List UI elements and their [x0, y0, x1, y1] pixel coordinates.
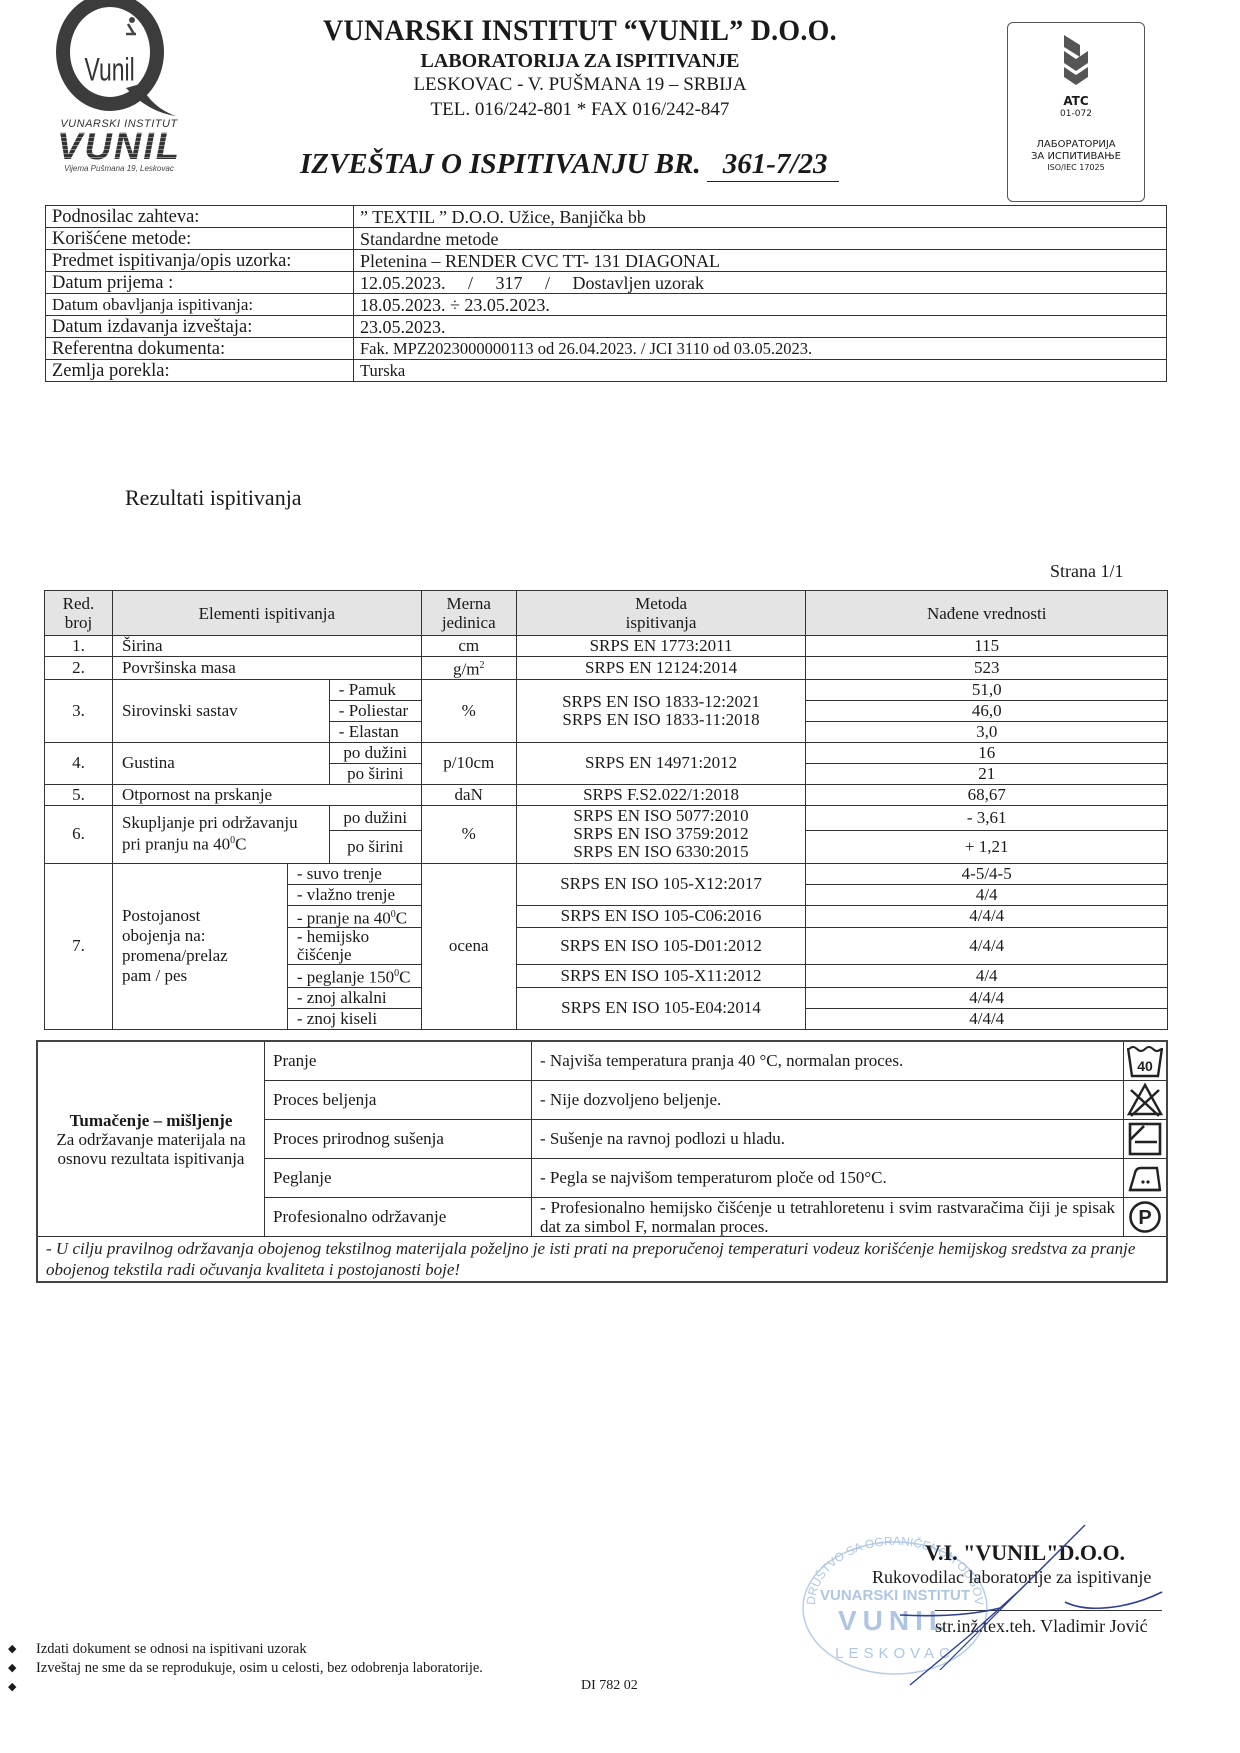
info-label: Referentna dokumenta: [46, 338, 354, 360]
company-name: VUNARSKI INSTITUT “VUNIL” D.O.O. [301, 14, 859, 48]
info-label: Korišćene metode: [46, 228, 354, 250]
info-row: Predmet ispitivanja/opis uzorka:Pletenin… [46, 250, 1167, 272]
vunil-q-logo: Vunil [48, 0, 183, 120]
row-element: Gustina [112, 742, 329, 784]
report-title: IZVEŠTAJ O ISPITIVANJU BR.361-7/23 [300, 148, 839, 182]
row-subelement: - pranje na 400C [287, 905, 421, 928]
row-value: 115 [806, 636, 1168, 657]
info-row: Referentna dokumenta:Fak. MPZ20230000001… [46, 338, 1167, 360]
care-description: - Profesionalno hemijsko čišćenje u tetr… [532, 1198, 1124, 1237]
row-method: SRPS F.S2.022/1:2018 [516, 784, 806, 805]
row-subelement: - peglanje 1500C [287, 965, 421, 988]
row-method: SRPS EN ISO 1833-12:2021SRPS EN ISO 1833… [516, 679, 806, 742]
row-method: SRPS EN ISO 105-D01:2012 [516, 928, 806, 965]
info-label: Datum prijema : [46, 272, 354, 294]
row-subelement: po širini [329, 830, 421, 863]
col-header-elements: Elementi ispitivanja [112, 591, 421, 636]
table-row: 7. Postojanostobojenja na:promena/prelaz… [45, 863, 1168, 884]
info-value: Pletenina – RENDER CVC TT- 131 DIAGONAL [354, 250, 1167, 272]
sample-info-table: Podnosilac zahteva:” TEXTIL ” D.O.O. Uži… [45, 205, 1167, 382]
row-subelement: - vlažno trenje [287, 884, 421, 905]
info-row: Zemlja porekla:Turska [46, 360, 1167, 382]
row-value: 4-5/4-5 [806, 863, 1168, 884]
row-value: - 3,61 [806, 805, 1168, 830]
info-label: Zemlja porekla: [46, 360, 354, 382]
row-element: Sirovinski sastav [112, 679, 329, 742]
results-heading: Rezultati ispitivanja [125, 485, 302, 511]
info-value: Standardne metode [354, 228, 1167, 250]
table-row: 3. Sirovinski sastav - Pamuk % SRPS EN I… [45, 679, 1168, 700]
row-subelement: po dužini [329, 805, 421, 830]
row-no: 3. [45, 679, 113, 742]
row-value: 4/4/4 [806, 905, 1168, 928]
row-subelement: - znoj kiseli [287, 1008, 421, 1029]
info-label: Podnosilac zahteva: [46, 206, 354, 228]
accreditation-badge: ATC 01-072 ЛАБОРАТОРИЈА ЗА ИСПИТИВАЊЕ IS… [1007, 22, 1145, 202]
col-header-no: Red.broj [45, 591, 113, 636]
col-header-method: Metodaispitivanja [516, 591, 806, 636]
row-no: 7. [45, 863, 113, 1029]
row-subelement: - Pamuk [329, 679, 421, 700]
row-method: SRPS EN 12124:2014 [516, 657, 806, 680]
row-unit: p/10cm [421, 742, 516, 784]
row-method: SRPS EN ISO 105-X12:2017 [516, 863, 806, 905]
iron-two-dots-icon [1127, 1163, 1163, 1193]
info-row: Podnosilac zahteva:” TEXTIL ” D.O.O. Uži… [46, 206, 1167, 228]
row-value: + 1,21 [806, 830, 1168, 863]
professional-clean-p-icon: P [1128, 1200, 1162, 1234]
row-unit: daN [421, 784, 516, 805]
footer-note: ◆Izdati dokument se odnosi na ispitivani… [8, 1640, 483, 1659]
wash-40-icon: 40 [1127, 1044, 1163, 1078]
row-method: SRPS EN ISO 105-C06:2016 [516, 905, 806, 928]
row-subelement: po dužini [329, 742, 421, 763]
care-symbol-cell [1124, 1159, 1168, 1198]
company-contact: TEL. 016/242-801 * FAX 016/242-847 [280, 99, 880, 121]
info-value: 12.05.2023. / 317 / Dostavljen uzorak [354, 272, 1167, 294]
row-element: Postojanostobojenja na:promena/prelazpam… [112, 863, 287, 1029]
row-unit: cm [421, 636, 516, 657]
results-header-row: Red.broj Elementi ispitivanja Mernajedin… [45, 591, 1168, 636]
table-row: 2. Površinska masa g/m2 SRPS EN 12124:20… [45, 657, 1168, 680]
row-method: SRPS EN ISO 105-X11:2012 [516, 965, 806, 988]
col-header-unit: Mernajedinica [421, 591, 516, 636]
info-label: Datum obavljanja ispitivanja: [46, 294, 354, 316]
row-unit: ocena [421, 863, 516, 1029]
row-subelement: - suvo trenje [287, 863, 421, 884]
row-value: 4/4/4 [806, 1008, 1168, 1029]
form-code: DI 782 02 [581, 1678, 638, 1694]
row-value: 46,0 [806, 700, 1168, 721]
row-value: 4/4 [806, 884, 1168, 905]
footer-notes: ◆Izdati dokument se odnosi na ispitivani… [8, 1640, 483, 1697]
dry-flat-shade-icon [1128, 1122, 1162, 1156]
row-no: 2. [45, 657, 113, 680]
care-row: Tumačenje – mišljenje Za održavanje mate… [37, 1041, 1167, 1081]
care-description: - Nije dozvoljeno beljenje. [532, 1081, 1124, 1120]
care-category: Pranje [265, 1041, 532, 1081]
row-value: 3,0 [806, 721, 1168, 742]
results-table: Red.broj Elementi ispitivanja Mernajedin… [44, 590, 1168, 1030]
row-subelement: - znoj alkalni [287, 987, 421, 1008]
diamond-bullet-icon: ◆ [8, 1640, 36, 1659]
row-value: 16 [806, 742, 1168, 763]
row-value: 4/4/4 [806, 987, 1168, 1008]
info-row: Datum prijema :12.05.2023. / 317 / Dosta… [46, 272, 1167, 294]
row-unit: % [421, 805, 516, 863]
info-value: Fak. MPZ2023000000113 od 26.04.2023. / J… [354, 338, 1167, 360]
diamond-bullet-icon: ◆ [8, 1678, 36, 1697]
row-unit: % [421, 679, 516, 742]
info-row: Datum izdavanja izveštaja:23.05.2023. [46, 316, 1167, 338]
table-row: 1. Širina cm SRPS EN 1773:2011 115 [45, 636, 1168, 657]
row-subelement: - Poliestar [329, 700, 421, 721]
opinion-cell: Tumačenje – mišljenje Za održavanje mate… [37, 1041, 265, 1237]
row-method: SRPS EN ISO 105-E04:2014 [516, 987, 806, 1029]
row-element: Površinska masa [112, 657, 421, 680]
care-symbol-cell: 40 [1124, 1041, 1168, 1081]
report-title-label: IZVEŠTAJ O ISPITIVANJU BR. [300, 148, 701, 180]
atc-number: 01-072 [1008, 109, 1144, 119]
col-header-values: Nađene vrednosti [806, 591, 1168, 636]
row-no: 6. [45, 805, 113, 863]
table-row: 5. Otpornost na prskanje daN SRPS F.S2.0… [45, 784, 1168, 805]
row-no: 1. [45, 636, 113, 657]
handwritten-signature [880, 1520, 1180, 1690]
atc-lab-line1: ЛАБОРАТОРИЈА [1008, 139, 1144, 151]
footer-note: ◆ [8, 1678, 483, 1697]
care-category: Proces prirodnog sušenja [265, 1120, 532, 1159]
atc-label: ATC [1008, 94, 1144, 108]
atc-chevron-icon [1056, 33, 1096, 88]
care-description: - Najviša temperatura pranja 40 °C, norm… [532, 1041, 1124, 1081]
row-no: 4. [45, 742, 113, 784]
report-number: 361-7/23 [707, 148, 840, 182]
no-bleach-icon [1127, 1082, 1163, 1118]
row-value: 523 [806, 657, 1168, 680]
row-value: 21 [806, 763, 1168, 784]
row-method: SRPS EN ISO 5077:2010SRPS EN ISO 3759:20… [516, 805, 806, 863]
care-symbol-cell [1124, 1120, 1168, 1159]
row-value: 4/4/4 [806, 928, 1168, 965]
row-subelement: - hemijsko čišćenje [287, 928, 421, 965]
row-element: Skupljanje pri održavanjupri pranju na 4… [112, 805, 329, 863]
info-value: 18.05.2023. ÷ 23.05.2023. [354, 294, 1167, 316]
row-unit: g/m2 [421, 657, 516, 680]
footer-note: ◆Izveštaj ne sme da se reprodukuje, osim… [8, 1659, 483, 1678]
q-logo-icon: Vunil [48, 0, 183, 120]
row-no: 5. [45, 784, 113, 805]
row-value: 4/4 [806, 965, 1168, 988]
care-note: - U cilju pravilnog održavanja obojenog … [37, 1237, 1167, 1283]
atc-lab-line2: ЗА ИСПИТИВАЊЕ [1008, 151, 1144, 163]
care-instructions-table: Tumačenje – mišljenje Za održavanje mate… [36, 1040, 1168, 1283]
page-indicator: Strana 1/1 [1050, 561, 1124, 582]
row-subelement: po širini [329, 763, 421, 784]
institute-wordmark: VUNARSKI INSTITUT VUNIL Vijema Pušmana 1… [44, 118, 194, 173]
care-symbol-cell: P [1124, 1198, 1168, 1237]
opinion-text: Za održavanje materijala na osnovu rezul… [56, 1130, 245, 1168]
diamond-bullet-icon: ◆ [8, 1659, 36, 1678]
company-address: LESKOVAC - V. PUŠMANA 19 – SRBIJA [280, 74, 880, 96]
care-description: - Pegla se najvišom temperaturom ploče o… [532, 1159, 1124, 1198]
wordmark-big: VUNIL [44, 130, 194, 164]
svg-text:P: P [1138, 1207, 1151, 1229]
info-row: Datum obavljanja ispitivanja:18.05.2023.… [46, 294, 1167, 316]
info-label: Predmet ispitivanja/opis uzorka: [46, 250, 354, 272]
care-category: Profesionalno održavanje [265, 1198, 532, 1237]
row-subelement: - Elastan [329, 721, 421, 742]
care-symbol-cell [1124, 1081, 1168, 1120]
svg-text:40: 40 [1137, 1058, 1153, 1074]
svg-text:Vunil: Vunil [85, 52, 135, 88]
care-description: - Sušenje na ravnoj podlozi u hladu. [532, 1120, 1124, 1159]
info-value: 23.05.2023. [354, 316, 1167, 338]
info-value: ” TEXTIL ” D.O.O. Užice, Banjička bb [354, 206, 1167, 228]
info-row: Korišćene metode:Standardne metode [46, 228, 1167, 250]
row-method: SRPS EN 14971:2012 [516, 742, 806, 784]
table-row: 6. Skupljanje pri održavanjupri pranju n… [45, 805, 1168, 830]
lab-name: LABORATORIJA ZA ISPITIVANJE [280, 50, 880, 73]
wordmark-address: Vijema Pušmana 19, Leskovac [44, 164, 194, 173]
row-value: 68,67 [806, 784, 1168, 805]
care-category: Proces beljenja [265, 1081, 532, 1120]
care-category: Peglanje [265, 1159, 532, 1198]
row-value: 51,0 [806, 679, 1168, 700]
row-method: SRPS EN 1773:2011 [516, 636, 806, 657]
table-row: 4. Gustina po dužini p/10cm SRPS EN 1497… [45, 742, 1168, 763]
row-element: Otpornost na prskanje [112, 784, 421, 805]
atc-standard: ISO/IEC 17025 [1008, 163, 1144, 172]
info-value: Turska [354, 360, 1167, 382]
info-label: Datum izdavanja izveštaja: [46, 316, 354, 338]
care-note-row: - U cilju pravilnog održavanja obojenog … [37, 1237, 1167, 1283]
row-element: Širina [112, 636, 421, 657]
opinion-title: Tumačenje – mišljenje [70, 1111, 233, 1130]
